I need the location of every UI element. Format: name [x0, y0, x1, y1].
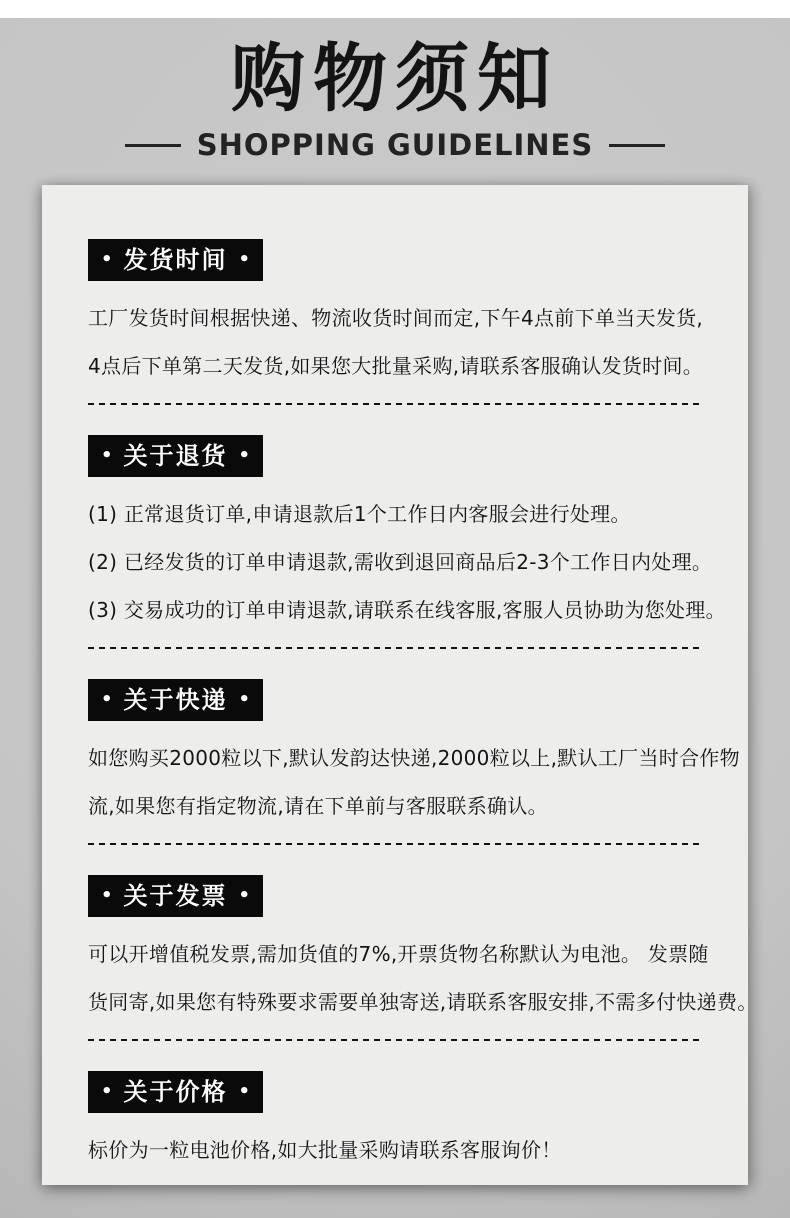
- body-line: 可以开增值税发票,需加货值的7%,开票货物名称默认为电池。 发票随: [88, 930, 702, 978]
- badge-dot-icon: •: [239, 447, 251, 465]
- page-subtitle: SHOPPING GUIDELINES: [197, 128, 594, 162]
- badge-dot-icon: •: [239, 691, 251, 709]
- body-line: 如您购买2000粒以下,默认发韵达快递,2000粒以上,默认工厂当时合作物: [88, 734, 702, 782]
- price-badge: • 关于价格 •: [88, 1071, 263, 1113]
- badge-dot-icon: •: [239, 1083, 251, 1101]
- section-invoice: • 关于发票 • 可以开增值税发票,需加货值的7%,开票货物名称默认为电池。 发…: [88, 875, 702, 1041]
- body-line: 标价为一粒电池价格,如大批量采购请联系客服询价！: [88, 1126, 702, 1174]
- subtitle-left-line: [125, 144, 181, 147]
- dashed-separator: [88, 403, 702, 405]
- badge-dot-icon: •: [101, 1083, 113, 1101]
- dashed-separator: [88, 647, 702, 649]
- body-line: 4点后下单第二天发货,如果您大批量采购,请联系客服确认发货时间。: [88, 342, 702, 390]
- badge-dot-icon: •: [101, 447, 113, 465]
- content-card: • 发货时间 • 工厂发货时间根据快递、物流收货时间而定,下午4点前下单当天发货…: [42, 185, 748, 1185]
- badge-dot-icon: •: [239, 251, 251, 269]
- shipping-time-badge-label: 发货时间: [124, 248, 228, 272]
- section-price: • 关于价格 • 标价为一粒电池价格,如大批量采购请联系客服询价！: [88, 1071, 702, 1174]
- section-express: • 关于快递 • 如您购买2000粒以下,默认发韵达快递,2000粒以上,默认工…: [88, 679, 702, 845]
- body-line: 工厂发货时间根据快递、物流收货时间而定,下午4点前下单当天发货,: [88, 294, 702, 342]
- page-header: 购物须知 SHOPPING GUIDELINES: [0, 18, 790, 162]
- badge-dot-icon: •: [101, 887, 113, 905]
- returns-badge-label: 关于退货: [124, 444, 228, 468]
- invoice-badge: • 关于发票 •: [88, 875, 263, 917]
- body-line: (2) 已经发货的订单申请退款,需收到退回商品后2-3个工作日内处理。: [88, 538, 702, 586]
- body-line: (3) 交易成功的订单申请退款,请联系在线客服,客服人员协助为您处理。: [88, 586, 702, 634]
- badge-dot-icon: •: [101, 691, 113, 709]
- invoice-badge-label: 关于发票: [124, 884, 228, 908]
- subtitle-row: SHOPPING GUIDELINES: [0, 128, 790, 162]
- dashed-separator: [88, 1039, 702, 1041]
- badge-dot-icon: •: [101, 251, 113, 269]
- subtitle-right-line: [609, 144, 665, 147]
- section-returns: • 关于退货 • (1) 正常退货订单,申请退款后1个工作日内客服会进行处理。 …: [88, 435, 702, 649]
- section-shipping-time: • 发货时间 • 工厂发货时间根据快递、物流收货时间而定,下午4点前下单当天发货…: [88, 239, 702, 405]
- page-background: 购物须知 SHOPPING GUIDELINES • 发货时间 • 工厂发货时间…: [0, 18, 790, 1218]
- body-line: (1) 正常退货订单,申请退款后1个工作日内客服会进行处理。: [88, 490, 702, 538]
- dashed-separator: [88, 843, 702, 845]
- price-badge-label: 关于价格: [124, 1080, 228, 1104]
- returns-badge: • 关于退货 •: [88, 435, 263, 477]
- express-badge-label: 关于快递: [124, 688, 228, 712]
- badge-dot-icon: •: [239, 887, 251, 905]
- page-title: 购物须知: [0, 42, 790, 116]
- body-line: 流,如果您有指定物流,请在下单前与客服联系确认。: [88, 782, 702, 830]
- body-line: 货同寄,如果您有特殊要求需要单独寄送,请联系客服安排,不需多付快递费。: [88, 978, 702, 1026]
- express-badge: • 关于快递 •: [88, 679, 263, 721]
- shipping-time-badge: • 发货时间 •: [88, 239, 263, 281]
- top-white-strip: [0, 0, 790, 18]
